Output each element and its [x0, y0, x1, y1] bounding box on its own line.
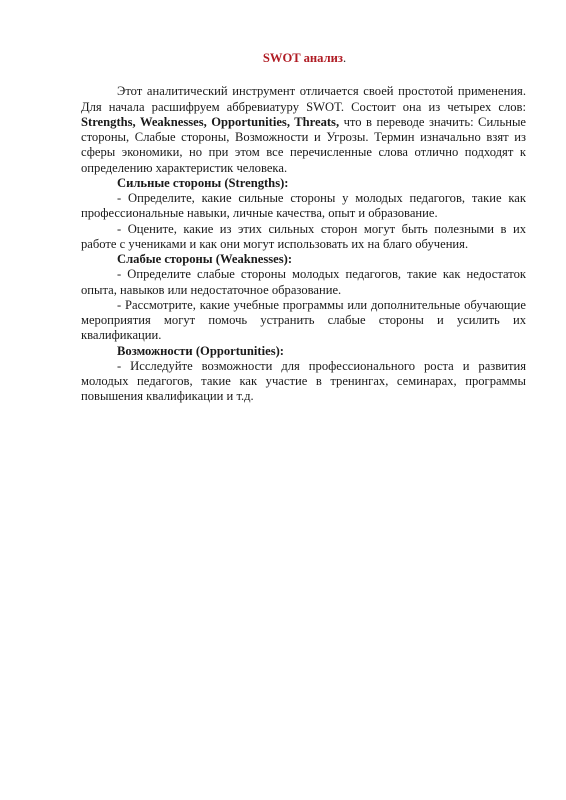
list-item: - Определите слабые стороны молодых педа…: [81, 267, 526, 298]
list-item: - Рассмотрите, какие учебные программы и…: [81, 298, 526, 344]
list-item: - Исследуйте возможности для профессиона…: [81, 359, 526, 405]
section-heading-opportunities: Возможности (Opportunities):: [81, 344, 526, 359]
intro-bold-terms: Strengths, Weaknesses, Opportunities, Th…: [81, 115, 339, 129]
intro-paragraph: Этот аналитический инструмент отличается…: [81, 84, 526, 176]
document-title: SWOT анализ.: [81, 51, 526, 66]
title-period: .: [343, 51, 346, 65]
document-page: SWOT анализ. Этот аналитический инструме…: [81, 51, 526, 405]
section-heading-strengths: Сильные стороны (Strengths):: [81, 176, 526, 191]
intro-text-before: Этот аналитический инструмент отличается…: [81, 84, 526, 113]
list-item: - Оцените, какие из этих сильных сторон …: [81, 222, 526, 253]
title-text: SWOT анализ: [263, 51, 343, 65]
list-item: - Определите, какие сильные стороны у мо…: [81, 191, 526, 222]
section-heading-weaknesses: Слабые стороны (Weaknesses):: [81, 252, 526, 267]
